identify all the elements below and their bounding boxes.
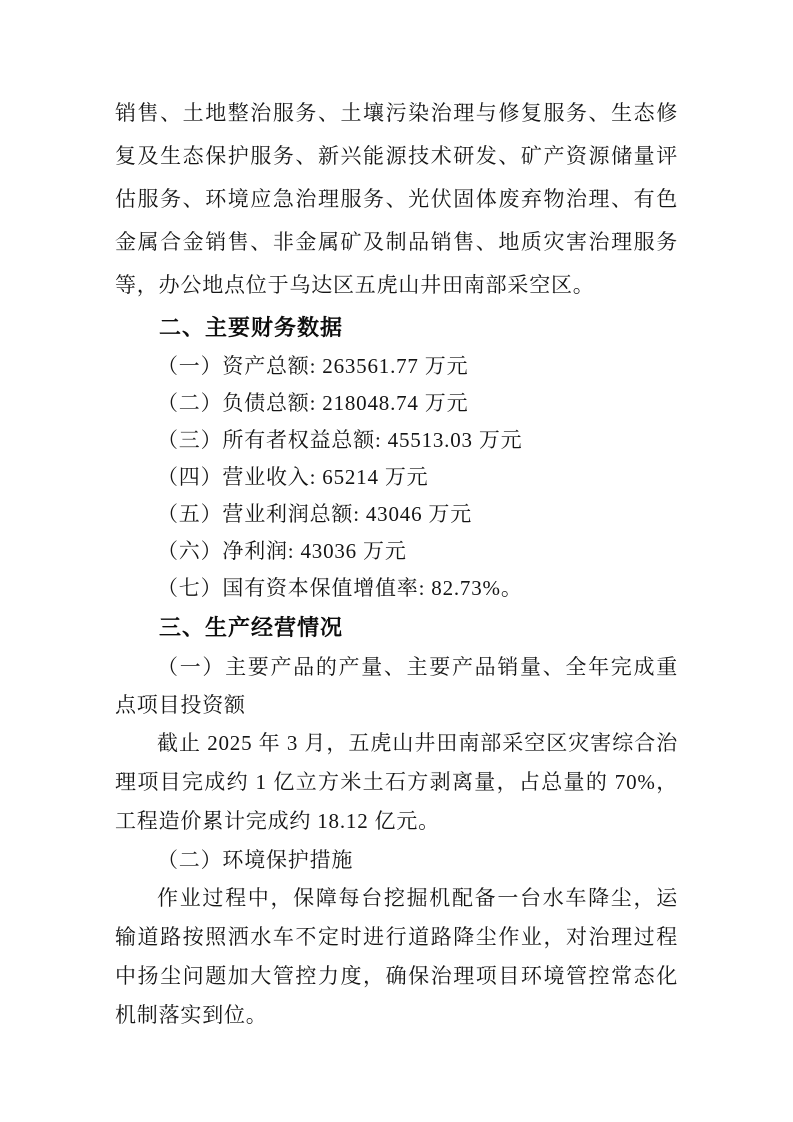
subheading-environmental-protection: （二）环境保护措施 xyxy=(115,841,678,879)
finance-item-owners-equity: （三）所有者权益总额: 45513.03 万元 xyxy=(115,422,678,459)
finance-item-capital-preservation-rate: （七）国有资本保值增值率: 82.73%。 xyxy=(115,570,678,607)
subheading-products-output: （一）主要产品的产量、主要产品销量、全年完成重点项目投资额 xyxy=(115,648,678,724)
finance-item-operating-profit: （五）营业利润总额: 43046 万元 xyxy=(115,496,678,533)
document-page: 销售、土地整治服务、土壤污染治理与修复服务、生态修复及生态保护服务、新兴能源技术… xyxy=(0,0,793,1122)
section-heading-operations: 三、生产经营情况 xyxy=(115,607,678,648)
finance-list: （一）资产总额: 263561.77 万元 （二）负债总额: 218048.74… xyxy=(115,348,678,607)
paragraph-environmental-measures: 作业过程中，保障每台挖掘机配备一台水车降尘，运输道路按照洒水车不定时进行道路降尘… xyxy=(115,879,678,1035)
finance-item-total-assets: （一）资产总额: 263561.77 万元 xyxy=(115,348,678,385)
paragraph-project-progress: 截止 2025 年 3 月，五虎山井田南部采空区灾害综合治理项目完成约 1 亿立… xyxy=(115,724,678,841)
intro-paragraph: 销售、土地整治服务、土壤污染治理与修复服务、生态修复及生态保护服务、新兴能源技术… xyxy=(115,92,678,307)
finance-item-operating-revenue: （四）营业收入: 65214 万元 xyxy=(115,459,678,496)
finance-item-total-liabilities: （二）负债总额: 218048.74 万元 xyxy=(115,385,678,422)
finance-item-net-profit: （六）净利润: 43036 万元 xyxy=(115,533,678,570)
section-heading-finance: 二、主要财务数据 xyxy=(115,307,678,348)
